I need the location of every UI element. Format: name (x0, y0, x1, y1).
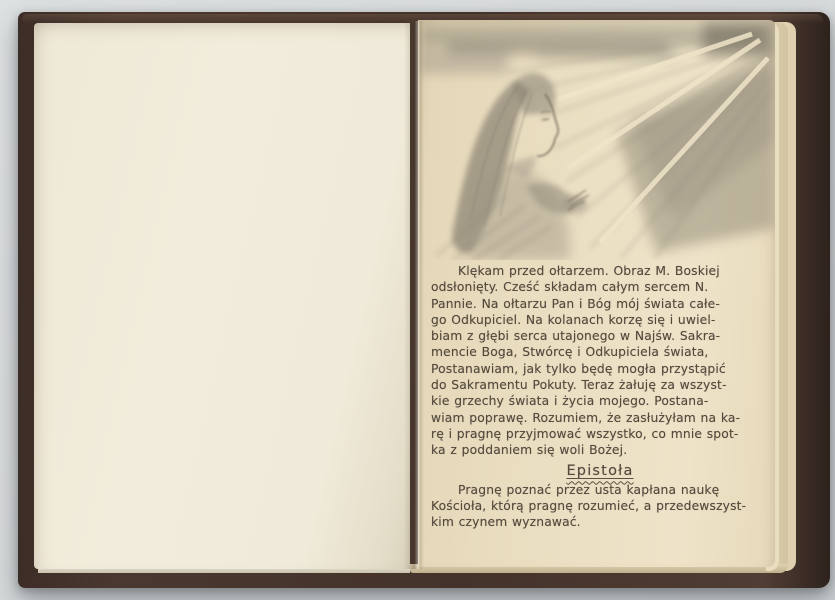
left-blank-page (34, 23, 410, 569)
heading-row: Epistoła (431, 463, 769, 479)
manuscript-line-7: Postanawiam, jak tylko będę mogła przyst… (431, 361, 769, 377)
section-heading-epistola: Epistoła (566, 463, 633, 479)
manuscript-line-12: ka z poddaniem się woli Bożej. (431, 442, 769, 458)
manuscript-line-9: kie grzechy świata i życia mojego. Posta… (431, 393, 769, 409)
photo-scene: Klękam przed ołtarzem. Obraz M. Boskiej … (0, 0, 835, 600)
manuscript-line-5: biam z głębi serca utajonego w Najśw. Sa… (431, 328, 769, 344)
manuscript-line-3: Pannie. Na ołtarzu Pan i Bóg mój świata … (431, 296, 769, 312)
heading-underline: Epistoła (566, 463, 633, 479)
manuscript-line-15: kim czynem wyznawać. (431, 514, 769, 530)
manuscript-line-4: go Odkupiciel. Na kolanach korzę się i u… (431, 312, 769, 328)
manuscript-text-block: Klękam przed ołtarzem. Obraz M. Boskiej … (431, 263, 769, 531)
manuscript-line-10: wiam poprawę. Rozumiem, że zasłużyłam na… (431, 410, 769, 426)
manuscript-line-14: Kościoła, którą pragnę rozumieć, a przed… (431, 498, 769, 514)
book-gutter (404, 21, 424, 569)
manuscript-line-11: rę i pragnę przyjmować wszystko, co mnie… (431, 426, 769, 442)
manuscript-line-6: mencie Boga, Stwórcę i Odkupiciela świat… (431, 344, 769, 360)
manuscript-line-8: do Sakramentu Pokuty. Teraz żałuję za ws… (431, 377, 769, 393)
woman-figure (436, 73, 589, 260)
pencil-sketch-praying-woman (418, 20, 775, 260)
manuscript-line-13: Pragnę poznać przez usta kapłana naukę (431, 482, 769, 498)
manuscript-line-1: Klękam przed ołtarzem. Obraz M. Boskiej (431, 263, 769, 279)
manuscript-line-2: odsłonięty. Cześć składam całym sercem N… (431, 279, 769, 295)
open-notebook: Klękam przed ołtarzem. Obraz M. Boskiej … (18, 12, 830, 588)
right-manuscript-page: Klękam przed ołtarzem. Obraz M. Boskiej … (418, 20, 775, 567)
